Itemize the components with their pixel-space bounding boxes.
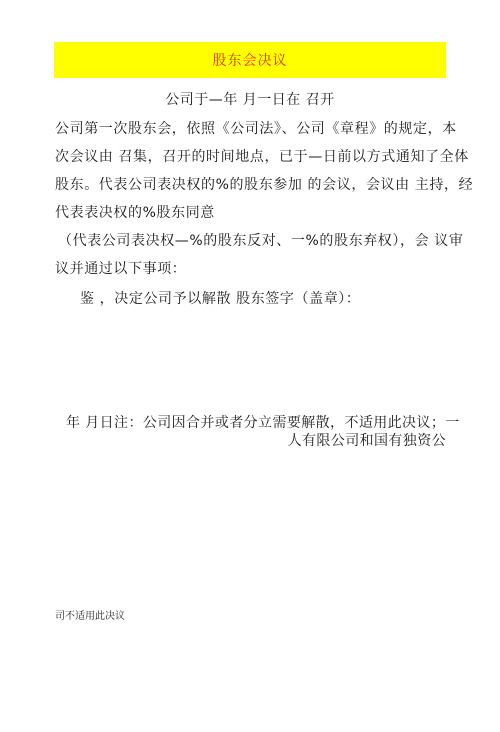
note-line: 年 月日注：公司因合并或者分立需要解散，不适用此决议；一 xyxy=(66,412,460,432)
footer-note: 司不适用此决议 xyxy=(55,607,125,622)
body-line: 股东。代表公司表决权的%的股东参加 的会议，会议由 主持，经 xyxy=(55,174,473,194)
document-subtitle: 公司于—年 月一日在 召开 xyxy=(0,89,500,109)
body-line: 次会议由 召集，召开的时间地点，已于—日前以方式通知了全体 xyxy=(55,146,469,166)
note-line-continued: 人有限公司和国有独资公 xyxy=(288,430,446,450)
body-line: （代表公司表决权—%的股东反对、一%的股东弃权），会 议审 xyxy=(58,230,463,250)
resolution-line: 鉴 ，决定公司予以解散 股东签字（盖章）： xyxy=(80,288,361,308)
body-line: 公司第一次股东会，依照《公司法》、公司《章程》的规定，本 xyxy=(55,118,457,138)
title-banner: 股东会决议 xyxy=(54,42,446,78)
document-title: 股东会决议 xyxy=(213,50,288,70)
body-line: 代表表决权的%股东同意 xyxy=(55,202,215,222)
document-page: 股东会决议 公司于—年 月一日在 召开 公司第一次股东会，依照《公司法》、公司《… xyxy=(0,0,500,732)
body-line: 议并通过以下事项： xyxy=(55,258,186,278)
